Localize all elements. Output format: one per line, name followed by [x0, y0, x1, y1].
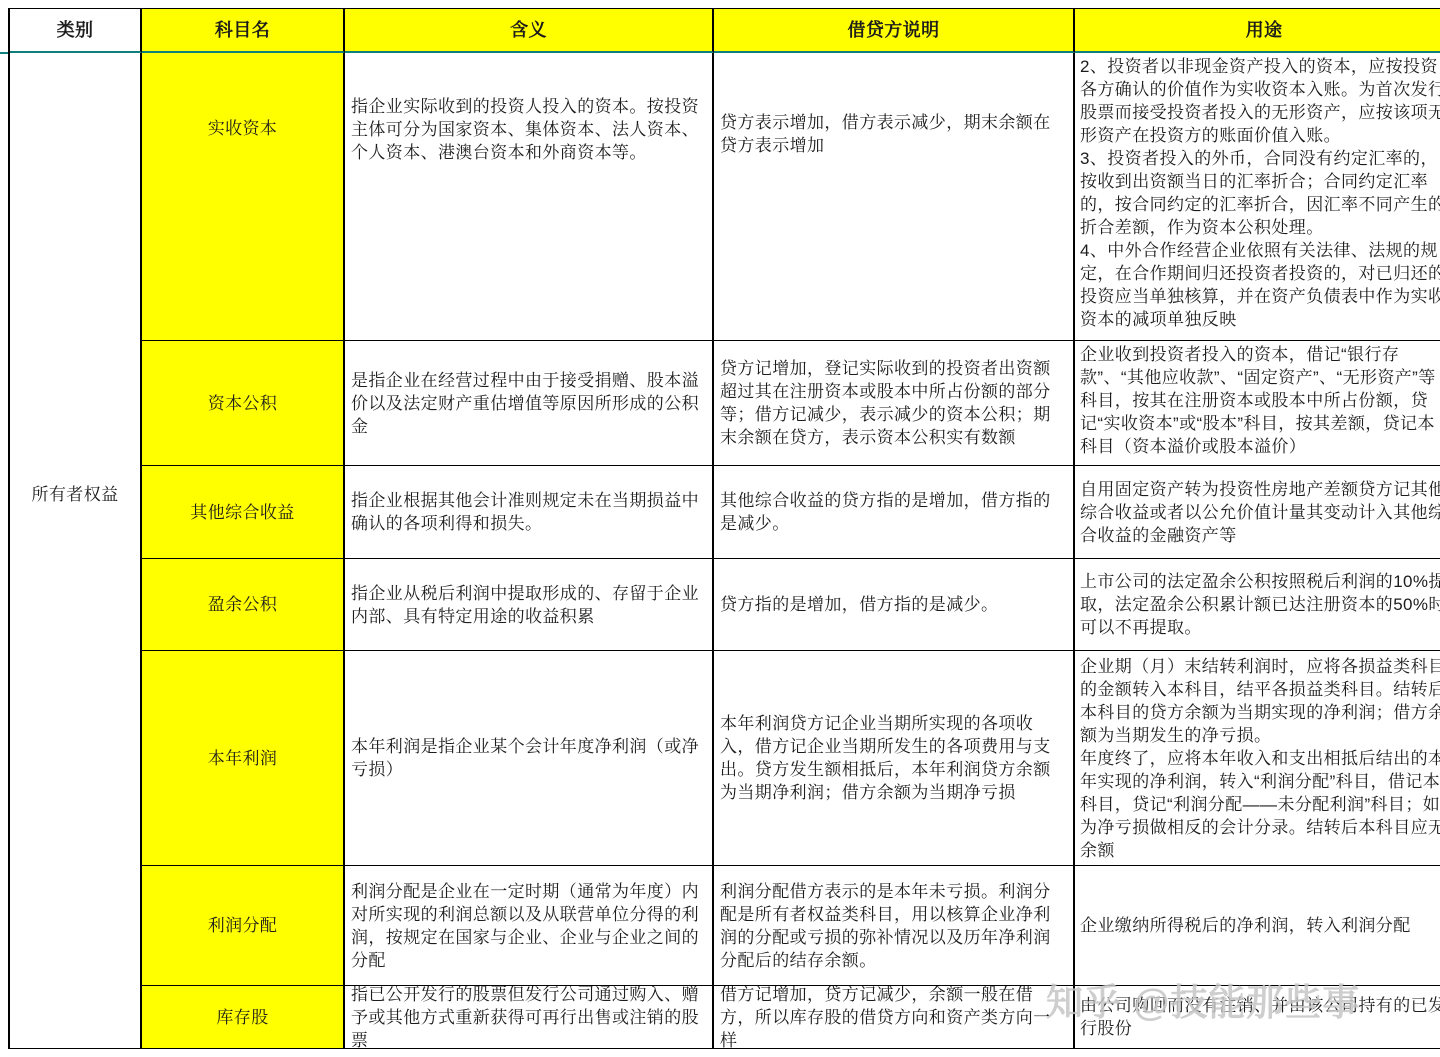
meaning-cell: 利润分配是企业在一定时期（通常为年度）内对所实现的利润总额以及从联营单位分得的利… [345, 866, 714, 986]
header-cell-meaning: 含义 [345, 9, 714, 53]
category-cell: 所有者权益 [10, 53, 142, 1049]
meaning-cell: 指已公开发行的股票但发行公司通过购入、赠予或其他方式重新获得可再行出售或注销的股… [345, 986, 714, 1049]
meaning-cell: 指企业实际收到的投资人投入的资本。按投资主体可分为国家资本、集体资本、法人资本、… [345, 53, 714, 341]
header-cell-usage: 用途 [1075, 9, 1440, 53]
usage-cell: 自用固定资产转为投资性房地产差额贷方记其他综合收益或者以公允价值计量其变动计入其… [1075, 466, 1440, 559]
debit-credit-cell: 贷方表示增加，借方表示减少，期末余额在贷方表示增加 [714, 53, 1075, 341]
debit-credit-cell: 利润分配借方表示的是本年未亏损。利润分配是所有者权益类科目，用以核算企业净利润的… [714, 866, 1075, 986]
accounting-table: 类别 科目名 含义 借贷方说明 用途 所有者权益 实收资本 指企业实际收到的投资… [8, 8, 1440, 1049]
subject-cell: 盈余公积 [142, 559, 345, 651]
meaning-cell: 指企业根据其他会计准则规定未在当期损益中确认的各项利得和损失。 [345, 466, 714, 559]
meaning-cell: 指企业从税后利润中提取形成的、存留于企业内部、具有特定用途的收益积累 [345, 559, 714, 651]
subject-cell: 本年利润 [142, 651, 345, 866]
subject-cell: 利润分配 [142, 866, 345, 986]
header-cell-subject: 科目名 [142, 9, 345, 53]
debit-credit-cell: 其他综合收益的贷方指的是增加，借方指的是减少。 [714, 466, 1075, 559]
watermark: 知乎 @技能那些事 [1046, 972, 1360, 1026]
header-cell-category: 类别 [10, 9, 142, 53]
usage-cell: 2、投资者以非现金资产投入的资本，应按投资各方确认的价值作为实收资本入账。为首次… [1075, 53, 1440, 341]
debit-credit-cell: 贷方记增加，登记实际收到的投资者出资额超过其在注册资本或股本中所占份额的部分等；… [714, 341, 1075, 466]
usage-cell: 上市公司的法定盈余公积按照税后利润的10%提取，法定盈余公积累计额已达注册资本的… [1075, 559, 1440, 651]
usage-cell: 企业缴纳所得税后的净利润，转入利润分配 [1075, 866, 1440, 986]
subject-cell: 库存股 [142, 986, 345, 1049]
usage-cell: 企业收到投资者投入的资本，借记“银行存款”、“其他应收款”、“固定资产”、“无形… [1075, 341, 1440, 466]
header-cell-debit-credit: 借贷方说明 [714, 9, 1075, 53]
debit-credit-cell: 本年利润贷方记企业当期所实现的各项收入，借方记企业当期所发生的各项费用与支出。贷… [714, 651, 1075, 866]
debit-credit-cell: 贷方指的是增加，借方指的是减少。 [714, 559, 1075, 651]
subject-cell: 实收资本 [142, 53, 345, 341]
subject-cell: 资本公积 [142, 341, 345, 466]
debit-credit-cell: 借方记增加，贷方记减少，余额一般在借方，所以库存股的借贷方向和资产类方向一样 [714, 986, 1075, 1049]
meaning-cell: 本年利润是指企业某个会计年度净利润（或净亏损） [345, 651, 714, 866]
usage-cell: 企业期（月）末结转利润时，应将各损益类科目的金额转入本科目，结平各损益类科目。结… [1075, 651, 1440, 866]
meaning-cell: 是指企业在经营过程中由于接受捐赠、股本溢价以及法定财产重估增值等原因所形成的公积… [345, 341, 714, 466]
subject-cell: 其他综合收益 [142, 466, 345, 559]
